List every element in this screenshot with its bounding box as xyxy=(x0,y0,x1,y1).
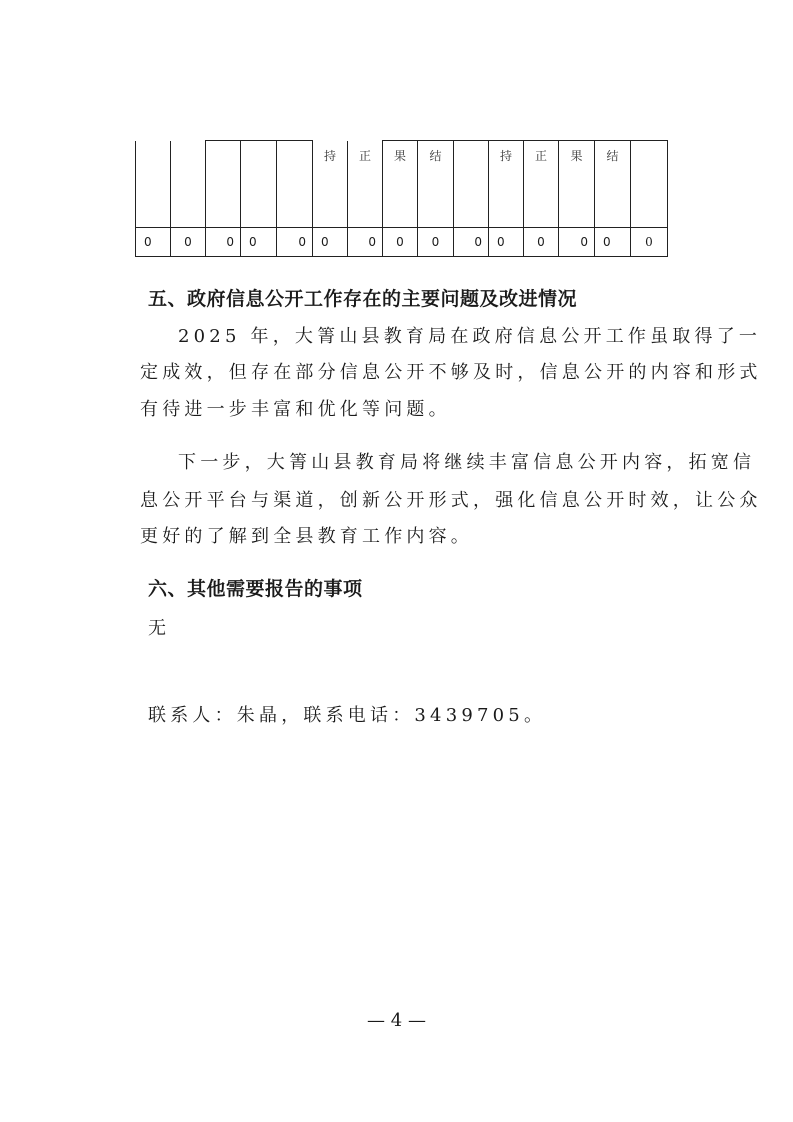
paragraph-line: 下一步，大箐山县教育局将继续丰富信息公开内容，拓宽信 xyxy=(178,448,755,474)
table-header-cell xyxy=(454,141,489,228)
table-cell: 0 xyxy=(348,228,383,257)
section-6-heading: 六、其他需要报告的事项 xyxy=(148,574,363,601)
table-header-cell xyxy=(241,141,277,228)
table-header-cell: 持 xyxy=(313,141,348,228)
paragraph-line: 更好的了解到全县教育工作内容。 xyxy=(140,522,473,548)
table-header-cell: 正 xyxy=(348,141,383,228)
table-cell: 0 xyxy=(241,228,277,257)
table-row: 0 0 0 0 0 0 0 0 0 0 0 0 0 0 0 xyxy=(136,228,668,257)
table-header-cell xyxy=(171,141,206,228)
table-cell: 0 xyxy=(418,228,454,257)
paragraph-line: 有待进一步丰富和优化等问题。 xyxy=(140,395,451,421)
table-cell: 0 xyxy=(559,228,595,257)
table-cell: 0 xyxy=(206,228,241,257)
table-header-cell xyxy=(631,141,668,228)
section-5-heading: 五、政府信息公开工作存在的主要问题及改进情况 xyxy=(148,284,577,311)
table-cell: 0 xyxy=(383,228,418,257)
table-cell: 0 xyxy=(631,228,668,257)
table-cell: 0 xyxy=(277,228,313,257)
table-header-cell xyxy=(136,141,171,228)
table-header-cell: 果 xyxy=(559,141,595,228)
paragraph-line: 2025 年，大箐山县教育局在政府信息公开工作虽取得了一 xyxy=(178,322,761,348)
table-header-cell: 果 xyxy=(383,141,418,228)
table-cell: 0 xyxy=(171,228,206,257)
contact-info: 联系人：朱晶，联系电话：3439705。 xyxy=(148,701,546,727)
table-header-cell: 正 xyxy=(524,141,559,228)
table-cell: 0 xyxy=(524,228,559,257)
table-header-row: 持 正 果 结 持 正 果 结 xyxy=(136,141,668,228)
section-6-body: 无 xyxy=(148,614,170,640)
table-header-cell: 结 xyxy=(595,141,631,228)
paragraph-line: 定成效，但存在部分信息公开不够及时，信息公开的内容和形式 xyxy=(140,358,762,384)
table-cell: 0 xyxy=(136,228,171,257)
page-number: — 4 — xyxy=(0,1010,793,1031)
table-cell: 0 xyxy=(454,228,489,257)
table-cell: 0 xyxy=(313,228,348,257)
table-header-cell: 结 xyxy=(418,141,454,228)
table-header-cell: 持 xyxy=(489,141,524,228)
statistics-table: 持 正 果 结 持 正 果 结 0 0 0 0 0 0 0 0 0 0 0 0 … xyxy=(135,140,668,257)
table-cell: 0 xyxy=(489,228,524,257)
table-header-cell xyxy=(277,141,313,228)
paragraph-line: 息公开平台与渠道，创新公开形式，强化信息公开时效，让公众 xyxy=(140,486,762,512)
table-header-cell xyxy=(206,141,241,228)
table-cell: 0 xyxy=(595,228,631,257)
